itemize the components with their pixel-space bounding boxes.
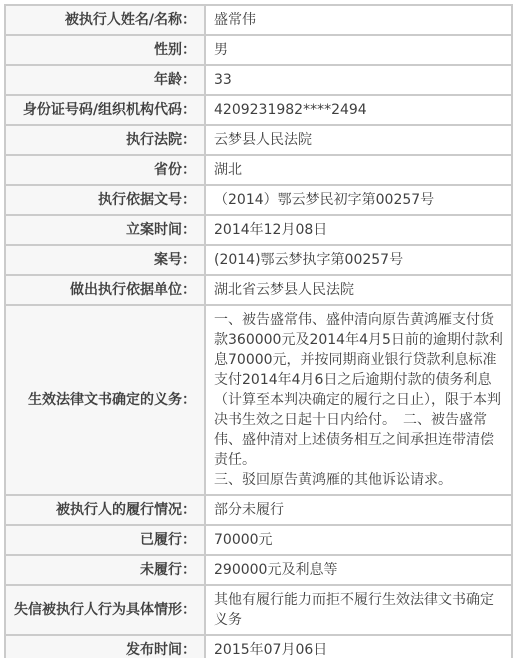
row-value: 其他有履行能力而拒不履行生效法律文书确定义务 — [206, 586, 511, 634]
table-row: 省份：湖北 — [6, 156, 511, 184]
table-row: 性别：男 — [6, 36, 511, 64]
table-row: 未履行：290000元及利息等 — [6, 556, 511, 584]
table-row: 执行法院：云梦县人民法院 — [6, 126, 511, 154]
record-table: 被执行人姓名/名称：盛常伟性别：男年龄：33身份证号码/组织机构代码：42092… — [4, 4, 513, 658]
row-label: 省份： — [6, 156, 204, 184]
table-row: 已履行：70000元 — [6, 526, 511, 554]
row-value: 70000元 — [206, 526, 511, 554]
table-row: 被执行人姓名/名称：盛常伟 — [6, 6, 511, 34]
row-label: 已履行： — [6, 526, 204, 554]
row-label: 执行依据文号： — [6, 186, 204, 214]
row-label: 做出执行依据单位： — [6, 276, 204, 304]
row-value: 2014年12月08日 — [206, 216, 511, 244]
row-value: 盛常伟 — [206, 6, 511, 34]
table-row: 年龄：33 — [6, 66, 511, 94]
row-label: 案号： — [6, 246, 204, 274]
row-value: 2015年07月06日 — [206, 636, 511, 658]
row-label: 失信被执行人行为具体情形： — [6, 586, 204, 634]
row-value: 云梦县人民法院 — [206, 126, 511, 154]
table-row: 被执行人的履行情况：部分未履行 — [6, 496, 511, 524]
table-row: 做出执行依据单位：湖北省云梦县人民法院 — [6, 276, 511, 304]
row-value: 湖北 — [206, 156, 511, 184]
table-row: 执行依据文号：（2014）鄂云梦民初字第00257号 — [6, 186, 511, 214]
table-row: 发布时间：2015年07月06日 — [6, 636, 511, 658]
row-value: 4209231982****2494 — [206, 96, 511, 124]
row-label: 身份证号码/组织机构代码： — [6, 96, 204, 124]
row-value: （2014）鄂云梦民初字第00257号 — [206, 186, 511, 214]
row-label: 被执行人姓名/名称： — [6, 6, 204, 34]
row-label: 生效法律文书确定的义务： — [6, 306, 204, 494]
row-label: 被执行人的履行情况： — [6, 496, 204, 524]
row-value: 一、被告盛常伟、盛仲清向原告黄鸿雁支付货款360000元及2014年4月5日前的… — [206, 306, 511, 494]
record-table-body: 被执行人姓名/名称：盛常伟性别：男年龄：33身份证号码/组织机构代码：42092… — [6, 6, 511, 658]
row-label: 未履行： — [6, 556, 204, 584]
row-value: 湖北省云梦县人民法院 — [206, 276, 511, 304]
row-label: 性别： — [6, 36, 204, 64]
row-value: 33 — [206, 66, 511, 94]
row-label: 发布时间： — [6, 636, 204, 658]
row-value: (2014)鄂云梦执字第00257号 — [206, 246, 511, 274]
row-value: 部分未履行 — [206, 496, 511, 524]
row-label: 年龄： — [6, 66, 204, 94]
table-row: 失信被执行人行为具体情形：其他有履行能力而拒不履行生效法律文书确定义务 — [6, 586, 511, 634]
table-row: 案号：(2014)鄂云梦执字第00257号 — [6, 246, 511, 274]
row-value: 男 — [206, 36, 511, 64]
dishonest-executee-record-page: 被执行人姓名/名称：盛常伟性别：男年龄：33身份证号码/组织机构代码：42092… — [0, 0, 518, 658]
table-row: 身份证号码/组织机构代码：4209231982****2494 — [6, 96, 511, 124]
row-value: 290000元及利息等 — [206, 556, 511, 584]
row-label: 立案时间： — [6, 216, 204, 244]
row-label: 执行法院： — [6, 126, 204, 154]
table-row: 生效法律文书确定的义务：一、被告盛常伟、盛仲清向原告黄鸿雁支付货款360000元… — [6, 306, 511, 494]
table-row: 立案时间：2014年12月08日 — [6, 216, 511, 244]
